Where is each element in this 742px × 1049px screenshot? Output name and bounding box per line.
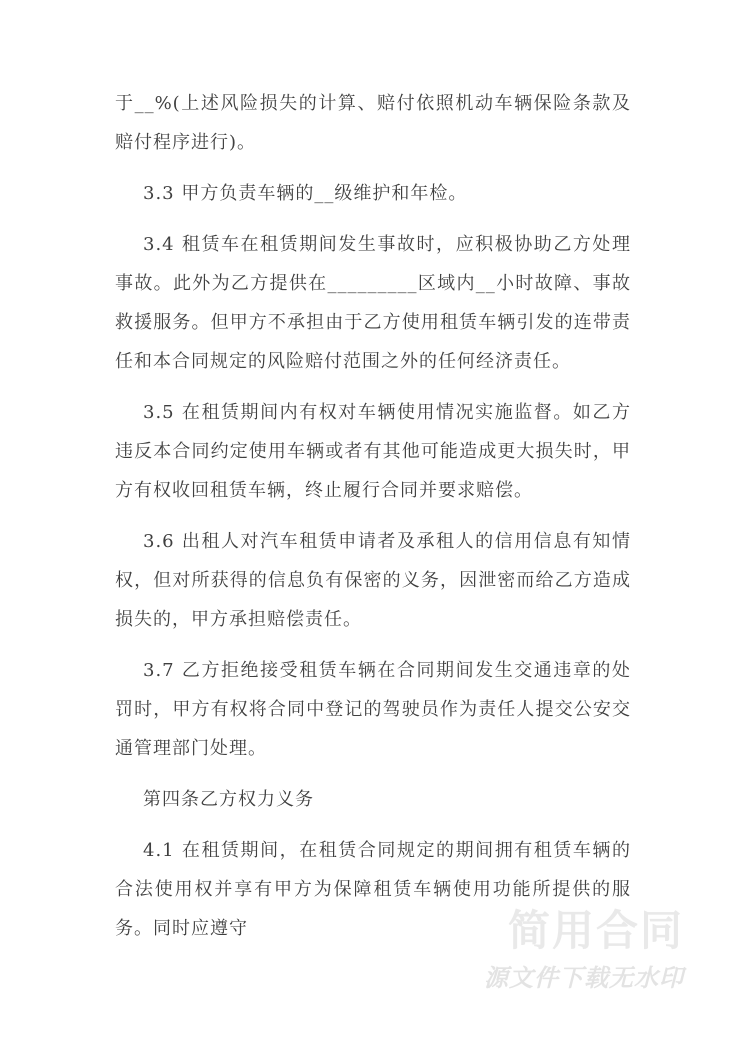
section-heading: 第四条乙方权力义务 bbox=[115, 780, 631, 819]
contract-paragraph: 3.3 甲方负责车辆的__级维护和年检。 bbox=[115, 174, 631, 213]
document-page: 于__%(上述风险损失的计算、赔付依照机动车辆保险条款及赔付程序进行)。3.3 … bbox=[0, 0, 742, 1049]
contract-paragraph: 于__%(上述风险损失的计算、赔付依照机动车辆保险条款及赔付程序进行)。 bbox=[115, 84, 631, 162]
contract-paragraph: 3.6 出租人对汽车租赁申请者及承租人的信用信息有知情权，但对所获得的信息负有保… bbox=[115, 522, 631, 639]
watermark: 简用合同 源文件下载无水印 bbox=[484, 906, 684, 992]
contract-paragraph: 3.5 在租赁期间内有权对车辆使用情况实施监督。如乙方违反本合同约定使用车辆或者… bbox=[115, 393, 631, 510]
watermark-subtitle: 源文件下载无水印 bbox=[484, 964, 684, 992]
contract-body: 于__%(上述风险损失的计算、赔付依照机动车辆保险条款及赔付程序进行)。3.3 … bbox=[115, 84, 631, 960]
contract-paragraph: 3.7 乙方拒绝接受租赁车辆在合同期间发生交通违章的处罚时，甲方有权将合同中登记… bbox=[115, 651, 631, 768]
contract-paragraph: 3.4 租赁车在租赁期间发生事故时，应积极协助乙方处理事故。此外为乙方提供在__… bbox=[115, 225, 631, 381]
watermark-title: 简用合同 bbox=[484, 906, 684, 956]
